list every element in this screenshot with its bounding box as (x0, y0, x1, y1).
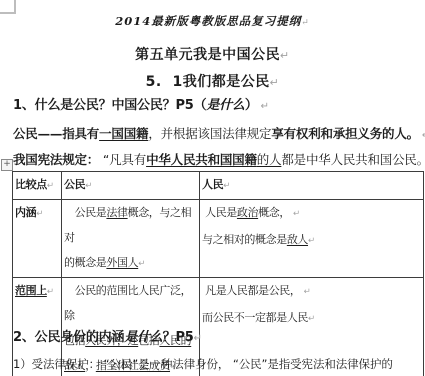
paragraph-mark: ↵ (36, 209, 43, 219)
text-run: 外国人 (106, 256, 138, 269)
table-header-row: 比较点↵ 公民↵ 人民↵ (13, 172, 424, 200)
paragraph-mark: ↵ (258, 101, 269, 112)
paragraph-mark: ↵ (270, 76, 280, 89)
text-run: ） (245, 98, 258, 113)
para-answer-legal-protection[interactable]: 1）受法律保护： “公民”是一种法律身份， “公民”是指受宪法和法律保护的 (13, 356, 393, 372)
table-move-handle[interactable]: + (1, 159, 13, 171)
paragraph-mark: ↵ (301, 18, 310, 28)
heading-question-1[interactable]: 1、什么是公民？中国公民？P5（是什么） ↵ (13, 98, 269, 115)
table-cell-connotation-citizen[interactable]: 公民是法律概念，与之相对的概念是外国人↵ (62, 200, 200, 278)
text-run: 公民——指具有 (13, 126, 99, 141)
text-run: 政治 (237, 206, 258, 219)
paragraph-mark: ↵ (293, 209, 300, 219)
lesson-title[interactable]: 5. 1我们都是公民↵ (0, 71, 425, 91)
text-run: 公民 (64, 178, 85, 191)
unit-title[interactable]: 第五单元我是中国公民↵ (0, 44, 425, 64)
text-run: 敌人 (287, 233, 308, 246)
text-run: “凡具有 (99, 152, 146, 167)
text-run: 是什么 (206, 98, 244, 113)
text-run: 与之相对的概念是 (202, 233, 287, 246)
table-cell-connotation-people[interactable]: 人民是政治概念， ↵与之相对的概念是敌人↵ (200, 200, 424, 278)
text-run: 法律 (106, 206, 127, 219)
paragraph-mark: ↵ (223, 181, 230, 191)
text-run: 的人。 (382, 126, 419, 141)
paragraph-mark: ↵ (85, 181, 92, 191)
text-run: 概念， (258, 206, 293, 219)
heading-question-2[interactable]: 2、公民身份的内涵是什么？P5↵ (13, 330, 202, 347)
paragraph-mark: ↵ (280, 49, 290, 62)
para-citizen-definition[interactable]: 公民——指具有一国国籍，并根据该国法律规定享有权利和承担义务的人。 ↵ (13, 126, 425, 144)
page-corner-mark (0, 0, 16, 14)
text-run: 1）受法律保护： “公民”是一种法律身份， “公民”是指受宪法和法律保护的 (13, 357, 393, 371)
text-run: 2、公民身份的内涵 (13, 330, 124, 345)
text-run: ，并根据该国法律规定 (148, 126, 271, 141)
table-cell-citizen-header[interactable]: 公民↵ (62, 172, 200, 200)
text-run: 人民 (202, 178, 223, 191)
paragraph-mark: ↵ (194, 333, 202, 344)
text-run: 一国国籍 (99, 126, 148, 141)
para-constitution-rule[interactable]: 我国宪法规定： “凡具有中华人民共和国国籍的人都是中华人民共和国公民。 ↵ (13, 152, 425, 170)
text-run: 公民的范围比人民广泛，除 (64, 284, 191, 322)
text-run: 内涵 (15, 206, 36, 219)
paragraph-mark: ↵ (138, 259, 145, 269)
table-row-connotation: 内涵↵ 公民是法律概念，与之相对的概念是外国人↵ 人民是政治概念， ↵与之相对的… (13, 200, 424, 278)
text-run: 享有权利和承担义务 (271, 126, 382, 141)
paragraph-mark: ↵ (304, 287, 311, 297)
text-run: 人民是 (202, 206, 237, 219)
move-cross-icon: + (3, 159, 11, 169)
paragraph-mark: ↵ (308, 236, 315, 246)
text-run: 是什么 (124, 330, 162, 345)
paragraph-mark: ↵ (47, 287, 54, 297)
text-run: 中华人民共和国国籍 (146, 152, 257, 167)
table-cell-people-header[interactable]: 人民↵ (200, 172, 424, 200)
text-run: 都是中华人民共和国公民。 (281, 152, 425, 167)
table-cell-compare-point[interactable]: 比较点↵ (13, 172, 62, 200)
text-run: 公民是 (64, 206, 106, 219)
paragraph-mark: ↵ (308, 314, 315, 324)
text-run: 而公民不一定都是人民 (202, 311, 308, 324)
paragraph-mark: ↵ (419, 130, 425, 141)
table-cell-connotation-label[interactable]: 内涵↵ (13, 200, 62, 278)
text-run: ？P5 (163, 330, 194, 345)
text-run: 的概念是 (64, 256, 106, 269)
text-run: 比较点 (15, 178, 47, 191)
text-run: 5. 1我们都是公民 (146, 74, 270, 90)
text-run: 第五单元我是中国公民 (135, 47, 280, 63)
text-run: 1、什么是公民？中国公民？P5（ (13, 98, 206, 113)
text-run: 2014最新版粤教版思品复习提纲 (115, 14, 301, 28)
text-run: 我国宪法规定： (13, 152, 99, 167)
text-run: 的人 (257, 152, 282, 167)
text-run: 凡是人民都是公民， (202, 284, 304, 297)
paragraph-mark: ↵ (47, 181, 54, 191)
doc-title[interactable]: 2014最新版粤教版思品复习提纲↵ (0, 13, 425, 29)
text-run: 范围上 (15, 284, 47, 297)
